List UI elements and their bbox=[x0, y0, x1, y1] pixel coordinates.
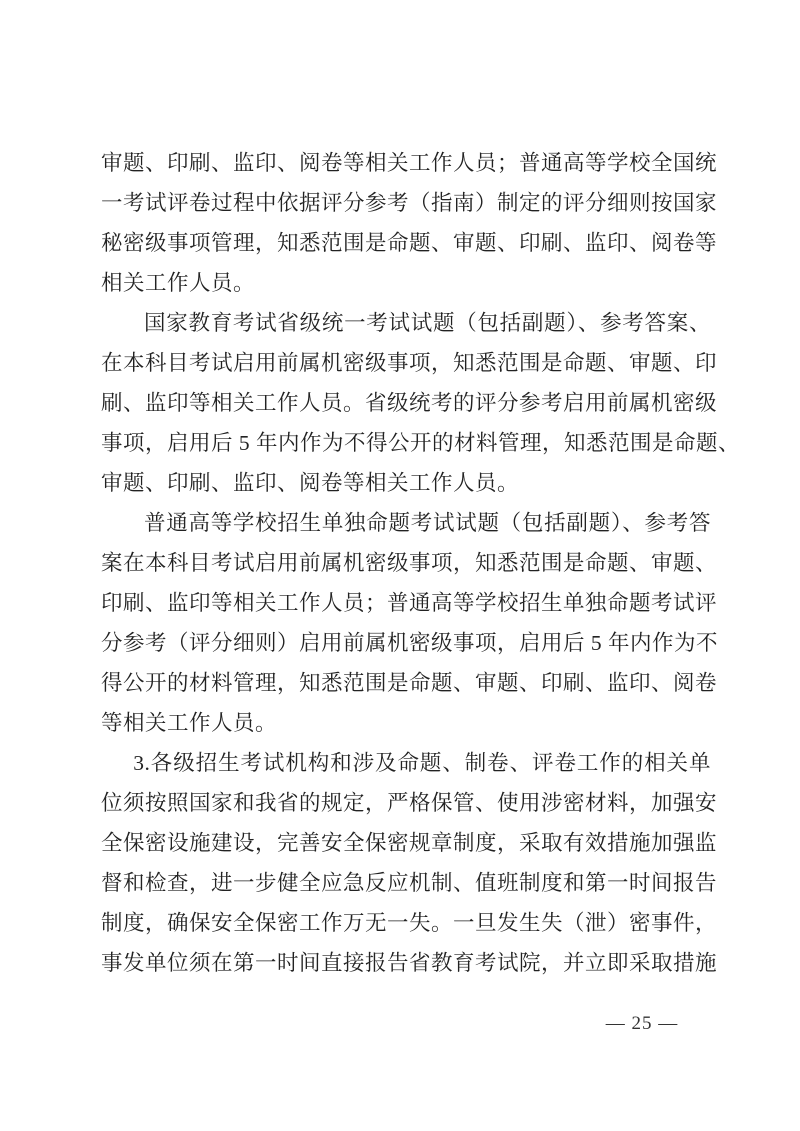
text-line: 国家教育考试省级统一考试试题（包括副题）、参考答案、 bbox=[101, 303, 711, 343]
text-line: 事项，启用后 5 年内作为不得公开的材料管理，知悉范围是命题、 bbox=[101, 423, 711, 463]
text-line: 案在本科目考试启用前属机密级事项，知悉范围是命题、审题、 bbox=[101, 543, 711, 583]
text-line: 制度，确保安全保密工作万无一失。一旦发生失（泄）密事件， bbox=[101, 903, 711, 943]
text-line: 秘密级事项管理，知悉范围是命题、审题、印刷、监印、阅卷等 bbox=[101, 223, 711, 263]
text-line: 位须按照国家和我省的规定，严格保管、使用涉密材料，加强安 bbox=[101, 783, 711, 823]
text-line: 审题、印刷、监印、阅卷等相关工作人员。 bbox=[101, 463, 711, 503]
paragraph-4: 3.各级招生考试机构和涉及命题、制卷、评卷工作的相关单位须按照国家和我省的规定，… bbox=[101, 743, 711, 983]
text-line: 印刷、监印等相关工作人员；普通高等学校招生单独命题考试评 bbox=[101, 583, 711, 623]
paragraph-2: 国家教育考试省级统一考试试题（包括副题）、参考答案、在本科目考试启用前属机密级事… bbox=[101, 303, 711, 503]
text-line: 一考试评卷过程中依据评分参考（指南）制定的评分细则按国家 bbox=[101, 183, 711, 223]
text-column: 审题、印刷、监印、阅卷等相关工作人员；普通高等学校全国统一考试评卷过程中依据评分… bbox=[101, 143, 711, 983]
page-number: — 25 — bbox=[598, 1010, 686, 1038]
text-line: 相关工作人员。 bbox=[101, 263, 711, 303]
text-line: 得公开的材料管理，知悉范围是命题、审题、印刷、监印、阅卷 bbox=[101, 663, 711, 703]
document-page: 审题、印刷、监印、阅卷等相关工作人员；普通高等学校全国统一考试评卷过程中依据评分… bbox=[0, 0, 800, 1131]
text-line: 全保密设施建设，完善安全保密规章制度，采取有效措施加强监 bbox=[101, 823, 711, 863]
paragraph-1: 审题、印刷、监印、阅卷等相关工作人员；普通高等学校全国统一考试评卷过程中依据评分… bbox=[101, 143, 711, 303]
text-line: 3.各级招生考试机构和涉及命题、制卷、评卷工作的相关单 bbox=[101, 743, 711, 783]
text-line: 分参考（评分细则）启用前属机密级事项，启用后 5 年内作为不 bbox=[101, 623, 711, 663]
text-line: 审题、印刷、监印、阅卷等相关工作人员；普通高等学校全国统 bbox=[101, 143, 711, 183]
text-line: 在本科目考试启用前属机密级事项，知悉范围是命题、审题、印 bbox=[101, 343, 711, 383]
paragraph-3: 普通高等学校招生单独命题考试试题（包括副题）、参考答案在本科目考试启用前属机密级… bbox=[101, 503, 711, 743]
text-line: 等相关工作人员。 bbox=[101, 703, 711, 743]
text-line: 督和检查，进一步健全应急反应机制、值班制度和第一时间报告 bbox=[101, 863, 711, 903]
text-line: 普通高等学校招生单独命题考试试题（包括副题）、参考答 bbox=[101, 503, 711, 543]
text-line: 刷、监印等相关工作人员。省级统考的评分参考启用前属机密级 bbox=[101, 383, 711, 423]
text-line: 事发单位须在第一时间直接报告省教育考试院，并立即采取措施 bbox=[101, 943, 711, 983]
